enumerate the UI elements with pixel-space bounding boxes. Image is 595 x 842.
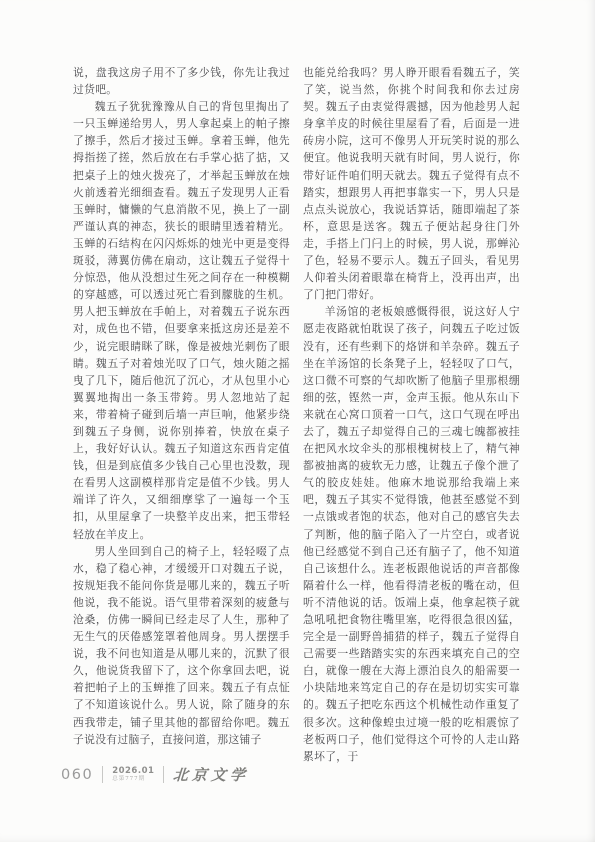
footer-divider: [163, 766, 164, 783]
footer-divider: [102, 766, 103, 783]
paragraph: 男人坐回到自己的椅子上，轻轻啜了点水，稳了稳心神，才缓缓开口对魏五子说，按规矩我…: [73, 543, 290, 748]
article-body: 说，盘我这房子用不了多少钱，你先让我过过货吧。 魏五子犹犹豫豫从自己的背包里掏出…: [73, 64, 521, 765]
paragraph: 魏五子犹犹豫豫从自己的背包里掏出了一只玉蝉递给男人，男人拿起桌上的帕子擦了擦手，…: [73, 98, 290, 542]
page-number: 060: [61, 767, 93, 783]
page-footer: 060 2026.01 总第777期 北京文学: [61, 764, 249, 785]
paragraph: 也能兑给我吗？男人睁开眼看看魏五子，笑了笑，说当然，你挑个时间我和你去过房契。魏…: [303, 64, 520, 303]
issue-date: 2026.01: [112, 766, 154, 777]
paragraph: 说，盘我这房子用不了多少钱，你先让我过过货吧。: [73, 64, 290, 98]
magazine-page: 说，盘我这房子用不了多少钱，你先让我过过货吧。 魏五子犹犹豫豫从自己的背包里掏出…: [0, 0, 595, 842]
issue-info: 2026.01 总第777期: [112, 766, 154, 784]
right-column: 也能兑给我吗？男人睁开眼看看魏五子，笑了笑，说当然，你挑个时间我和你去过房契。魏…: [303, 64, 520, 765]
paragraph: 羊汤馆的老板娘感慨得很，说这好人宁愿走夜路就怕耽误了孩子，问魏五子吃过饭没有，还…: [303, 303, 520, 765]
issue-number: 总第777期: [112, 776, 154, 783]
journal-logo: 北京文学: [173, 764, 250, 785]
left-column: 说，盘我这房子用不了多少钱，你先让我过过货吧。 魏五子犹犹豫豫从自己的背包里掏出…: [73, 64, 290, 765]
